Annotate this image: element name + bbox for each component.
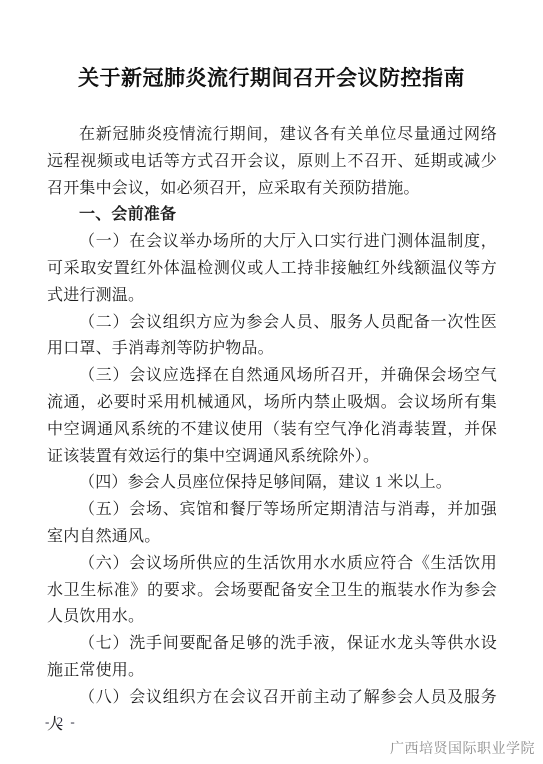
paragraph-item-1: （一）在会议举办场所的大厅入口实行进门测体温制度，可采取安置红外体温检测仪或人工… (47, 229, 497, 309)
section-heading-preparation: 一、会前准备 (47, 202, 497, 229)
paragraph-item-5: （五）会场、宾馆和餐厅等场所定期清洁与消毒，并加强室内自然通风。 (47, 497, 497, 551)
page-number: - 2 - (45, 714, 77, 730)
document-body: 在新冠肺炎疫情流行期间，建议各有关单位尽量通过网络远程视频或电话等方式召开会议，… (47, 122, 497, 738)
paragraph-item-8: （八）会议组织方在会议召开前主动了解参会人员及服务人 (47, 685, 497, 739)
paragraph-item-7: （七）洗手间要配备足够的洗手液，保证水龙头等供水设施正常使用。 (47, 631, 497, 685)
document-page: 关于新冠肺炎流行期间召开会议防控指南 在新冠肺炎疫情流行期间，建议各有关单位尽量… (0, 0, 543, 764)
document-title: 关于新冠肺炎流行期间召开会议防控指南 (0, 62, 543, 92)
paragraph-intro: 在新冠肺炎疫情流行期间，建议各有关单位尽量通过网络远程视频或电话等方式召开会议，… (47, 122, 497, 202)
paragraph-item-6: （六）会议场所供应的生活饮用水水质应符合《生活饮用水卫生标准》的要求。会场要配备… (47, 551, 497, 631)
paragraph-item-4: （四）参会人员座位保持足够间隔，建议 1 米以上。 (47, 470, 497, 497)
watermark: 广西培贤国际职业学院 (390, 738, 535, 758)
paragraph-item-2: （二）会议组织方应为参会人员、服务人员配备一次性医用口罩、手消毒剂等防护物品。 (47, 310, 497, 364)
paragraph-item-3: （三）会议应选择在自然通风场所召开，并确保会场空气流通，必要时采用机械通风，场所… (47, 363, 497, 470)
